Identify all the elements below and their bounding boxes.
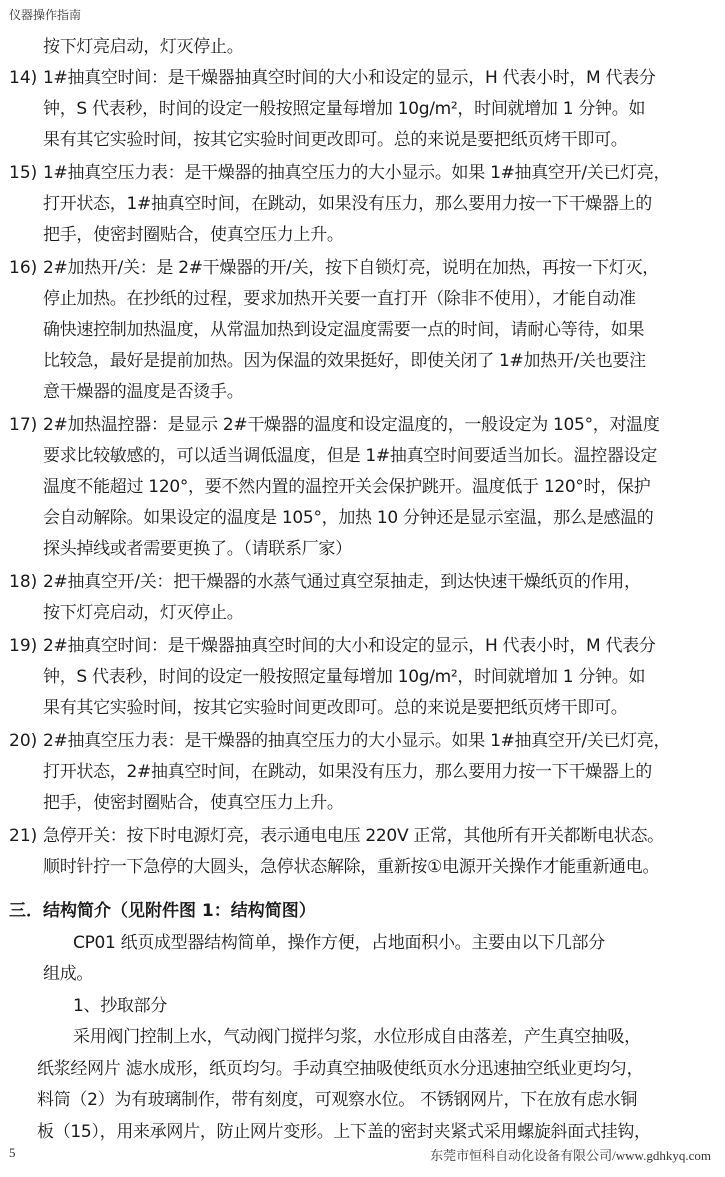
- section-heading: 三．结构简介（见附件图 1：结构简图）: [9, 900, 316, 922]
- paragraph-line: 确快速控制加热温度，从常温加热到设定温度需要一点的时间，请耐心等待，如果: [43, 319, 644, 341]
- footer-company: 东莞市恒科自动化设备有限公司/www.gdhkyq.com: [430, 1145, 711, 1164]
- paragraph-line: 2#抽真空压力表：是干燥器的抽真空压力的大小显示。如果 1#抽真空开/关已灯亮，: [43, 730, 670, 752]
- item-number: 21): [9, 825, 37, 847]
- paragraph-line: 组成。: [43, 963, 93, 985]
- paragraph-line: 采用阀门控制上水，气动阀门搅拌匀浆，水位形成自由落差，产生真空抽吸，: [73, 1026, 641, 1048]
- paragraph-line: 按下灯亮启动，灯灭停止。: [43, 36, 243, 58]
- subsection-heading: 1、抄取部分: [73, 995, 167, 1017]
- paragraph-line: 会自动解除。如果设定的温度是 105°，加热 10 分钟还是显示室温，那么是感温…: [43, 507, 654, 529]
- paragraph-line: 果有其它实验时间，按其它实验时间更改即可。总的来说是要把纸页烤干即可。: [43, 697, 628, 719]
- paragraph-line: 2#抽真空开/关：把干燥器的水蒸气通过真空泵抽走，到达快速干燥纸页的作用，: [43, 571, 641, 593]
- paragraph-line: 温度不能超过 120°，要不然内置的温控开关会保护跳开。温度低于 120°时，保…: [43, 476, 650, 498]
- item-number: 14): [9, 67, 37, 89]
- paragraph-line: 纸浆经网片 滤水成形，纸页均匀。手动真空抽吸使纸页水分迅速抽空纸业更均匀，: [37, 1058, 643, 1080]
- item-number: 17): [9, 414, 37, 436]
- paragraph-line: 1#抽真空压力表：是干燥器的抽真空压力的大小显示。如果 1#抽真空开/关已灯亮，: [43, 162, 670, 184]
- paragraph-line: 1#抽真空时间：是干燥器抽真空时间的大小和设定的显示，H 代表小时，M 代表分: [43, 67, 656, 89]
- paragraph-line: 急停开关：按下时电源灯亮，表示通电电压 220V 正常，其他所有开关都断电状态。: [43, 825, 664, 847]
- paragraph-line: 2#抽真空时间：是干燥器抽真空时间的大小和设定的显示，H 代表小时，M 代表分: [43, 635, 656, 657]
- paragraph-line: 把手，使密封圈贴合，使真空压力上升。: [43, 792, 344, 814]
- paragraph-line: 顺时针拧一下急停的大圆头，急停状态解除，重新按①电源开关操作才能重新通电。: [43, 856, 659, 878]
- paragraph-line: 果有其它实验时间，按其它实验时间更改即可。总的来说是要把纸页烤干即可。: [43, 129, 628, 151]
- paragraph-line: CP01 纸页成型器结构简单，操作方便，占地面积小。主要由以下几部分: [73, 932, 605, 954]
- paragraph-line: 打开状态，1#抽真空时间，在跳动，如果没有压力，那么要用力按一下干燥器上的: [43, 193, 652, 215]
- item-number: 18): [9, 571, 37, 593]
- paragraph-line: 意干燥器的温度是否烫手。: [43, 381, 243, 403]
- item-number: 19): [9, 635, 37, 657]
- page-number: 5: [9, 1145, 16, 1161]
- paragraph-line: 打开状态，2#抽真空时间，在跳动，如果没有压力，那么要用力按一下干燥器上的: [43, 761, 652, 783]
- item-number: 20): [9, 730, 37, 752]
- paragraph-line: 按下灯亮启动，灯灭停止。: [43, 602, 243, 624]
- paragraph-line: 要求比较敏感的，可以适当调低温度，但是 1#抽真空时间要适当加长。温控器设定: [43, 445, 657, 467]
- paragraph-line: 钟，S 代表秒，时间的设定一般按照定量每增加 10g/m²，时间就增加 1 分钟…: [43, 666, 645, 688]
- paragraph-line: 把手，使密封圈贴合，使真空压力上升。: [43, 224, 344, 246]
- paragraph-line: 2#加热开/关：是 2#干燥器的开/关，按下自锁灯亮，说明在加热，再按一下灯灭，: [43, 257, 659, 279]
- paragraph-line: 比较急，最好是提前加热。因为保温的效果挺好，即使关闭了 1#加热开/关也要注: [43, 350, 646, 372]
- item-number: 15): [9, 162, 37, 184]
- paragraph-line: 停止加热。在抄纸的过程，要求加热开关要一直打开（除非不使用），才能自动准: [43, 288, 636, 310]
- paragraph-line: 料筒（2）为有玻璃制作，带有刻度，可观察水位。 不锈钢网片，下在放有虑水铜: [37, 1089, 637, 1111]
- paragraph-line: 2#加热温控器：是显示 2#干燥器的温度和设定温度的，一般设定为 105°，对温…: [43, 414, 660, 436]
- paragraph-line: 板（15），用来承网片，防止网片变形。上下盖的密封夹紧式采用螺旋斜面式挂钩，: [37, 1121, 651, 1143]
- paragraph-line: 钟，S 代表秒，时间的设定一般按照定量每增加 10g/m²，时间就增加 1 分钟…: [43, 98, 645, 120]
- paragraph-line: 探头掉线或者需要更换了。（请联系厂家）: [43, 538, 352, 560]
- item-number: 16): [9, 257, 37, 279]
- running-header: 仪器操作指南: [9, 6, 81, 23]
